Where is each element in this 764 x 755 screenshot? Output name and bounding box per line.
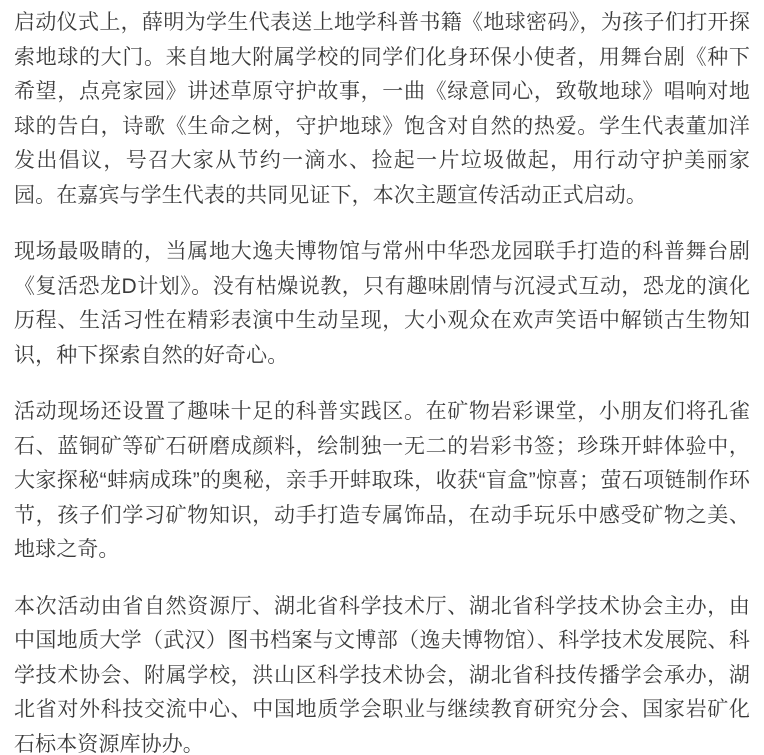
paragraph-dinosaur-stage-play: 现场最吸睛的，当属地大逸夫博物馆与常州中华恐龙园联手打造的科普舞台剧《复活恐龙D… <box>14 235 750 373</box>
paragraph-launch-ceremony: 启动仪式上，薛明为学生代表送上地学科普书籍《地球密码》，为孩子们打开探索地球的大… <box>14 6 750 213</box>
paragraph-organizers: 本次活动由省自然资源厅、湖北省科学技术厅、湖北省科学技术协会主办，由中国地质大学… <box>14 590 750 755</box>
paragraph-science-practice-zone: 活动现场还设置了趣味十足的科普实践区。在矿物岩彩课堂，小朋友们将孔雀石、蓝铜矿等… <box>14 395 750 568</box>
article-body: 启动仪式上，薛明为学生代表送上地学科普书籍《地球密码》，为孩子们打开探索地球的大… <box>0 0 764 755</box>
